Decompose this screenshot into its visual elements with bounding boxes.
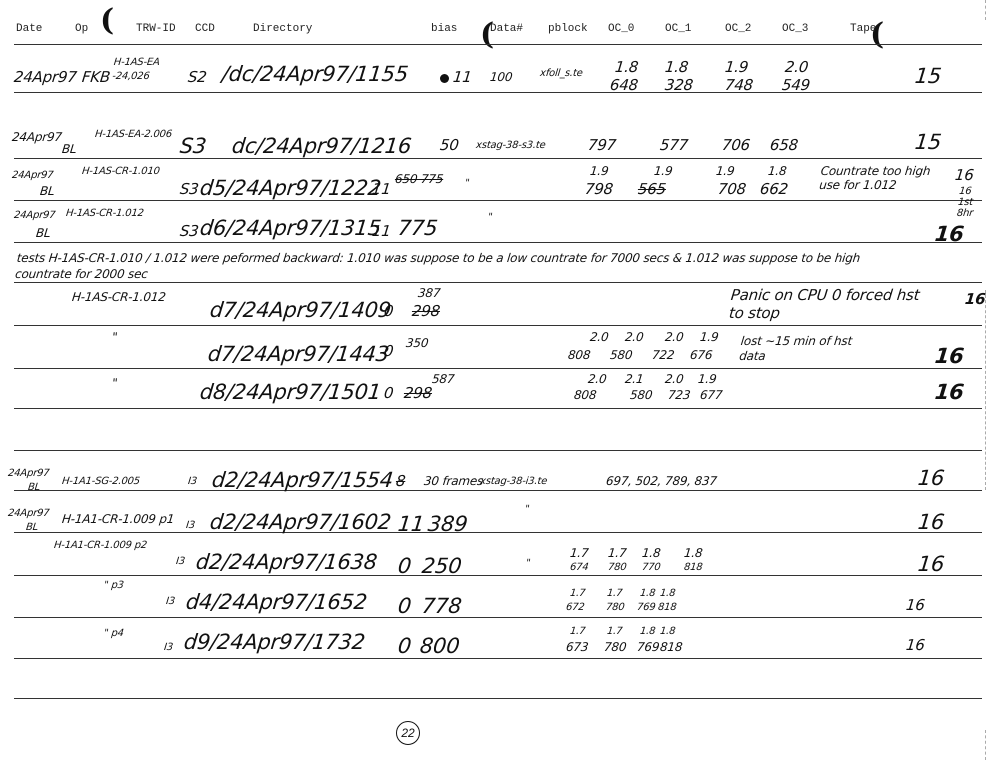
- row-note: Panic on CPU 0 forced hst to stop: [728, 286, 932, 322]
- tape-number: 16: [905, 636, 926, 654]
- column-header-date: Date: [16, 23, 42, 35]
- data-number: 30 frames: [423, 474, 484, 488]
- data-number-struck: 650 775: [394, 172, 444, 186]
- data-number: 800: [419, 634, 461, 658]
- row-rule: [14, 450, 982, 451]
- column-header-oc0: OC_0: [608, 23, 634, 35]
- oc0-count: 808: [573, 388, 597, 402]
- tape-number: 16: [934, 380, 965, 404]
- ccd: I3: [187, 476, 197, 487]
- oc1-count: 780: [605, 602, 625, 613]
- oc2-value: 2.0: [664, 330, 684, 344]
- operator: BL: [39, 184, 55, 198]
- oc0-count: 672: [565, 602, 585, 613]
- oc3-count: 818: [683, 562, 703, 573]
- row-rule: [14, 325, 982, 326]
- oc3-count: 818: [659, 640, 683, 654]
- data-number: 775: [397, 216, 439, 240]
- row-rule: [14, 490, 982, 491]
- oc3-value: 1.9: [699, 330, 719, 344]
- data-number-struck: 298: [403, 384, 433, 402]
- row-rule: [14, 408, 982, 409]
- oc0-count: 648: [609, 76, 639, 94]
- operator: BL: [61, 142, 77, 156]
- date: 24Apr97: [11, 170, 54, 181]
- header-rule: [14, 44, 982, 45]
- bias: 0: [383, 384, 394, 402]
- column-header-data-num: Data#: [490, 23, 523, 35]
- data-number: 778: [421, 594, 463, 618]
- data-number: 587: [431, 372, 455, 386]
- data-number: 100: [489, 70, 513, 84]
- pblock: ": [524, 504, 530, 515]
- ccd: S3: [179, 180, 200, 198]
- ccd: I3: [165, 596, 175, 607]
- oc2-value: 1.9: [715, 164, 735, 178]
- oc0-value: 2.0: [589, 330, 609, 344]
- page-number: 22: [396, 721, 420, 745]
- trw-id: H-1AS-EA -24,026: [112, 56, 185, 84]
- oc1-value: 1.7: [606, 626, 622, 637]
- oc1-value: 2.0: [624, 330, 644, 344]
- ccd: S3: [179, 134, 208, 158]
- oc3-count: 677: [699, 388, 723, 402]
- trw-id: H-1AS-CR-1.012: [71, 290, 166, 304]
- trw-id: " p3: [103, 580, 124, 591]
- oc3-count: 676: [689, 348, 713, 362]
- date: 24Apr97: [11, 130, 62, 144]
- trw-id: H-1AS-EA-2.006: [94, 128, 175, 141]
- tape-number: 16: [964, 290, 986, 308]
- oc1-count: 780: [603, 640, 627, 654]
- oc2-count: 708: [717, 180, 747, 198]
- trw-id: ": [111, 330, 118, 344]
- pblock: ": [464, 178, 470, 189]
- oc2-count: 706: [721, 136, 751, 154]
- column-header-tape: Tape: [850, 23, 876, 35]
- column-header-directory: Directory: [253, 23, 312, 35]
- oc3-count: 818: [657, 602, 677, 613]
- oc1-count: 580: [629, 388, 653, 402]
- directory: d2/24Apr97/1602: [209, 510, 393, 534]
- row-rule: [14, 575, 982, 576]
- bias: 50: [439, 136, 460, 154]
- ccd: S3: [179, 222, 200, 240]
- row-rule: [14, 368, 982, 369]
- oc0-count: 673: [565, 640, 589, 654]
- column-header-pblock: pblock: [548, 23, 588, 35]
- oc3-count: 549: [781, 76, 811, 94]
- bullet-dot: [440, 74, 449, 83]
- oc2-value: 1.9: [724, 58, 749, 76]
- tape-number: 16: [917, 552, 946, 576]
- oc2-count: 722: [651, 348, 675, 362]
- trw-id: ": [111, 376, 118, 390]
- oc0-value: 1.7: [569, 626, 585, 637]
- bias: 0: [397, 554, 413, 578]
- row-note: lost ~15 min of hst data: [738, 334, 871, 364]
- oc1-value: 1.7: [607, 546, 627, 560]
- row-rule: [14, 92, 982, 93]
- oc1-count: 328: [664, 76, 694, 94]
- oc3-value: 1.8: [683, 546, 703, 560]
- pblock: xfoll_s.te: [539, 68, 583, 79]
- row-rule: [14, 617, 982, 618]
- oc0-value: 1.7: [569, 546, 589, 560]
- directory: d7/24Apr97/1409: [209, 298, 393, 322]
- oc1-count: 565: [637, 180, 667, 198]
- tape-number: 16: [905, 596, 926, 614]
- operator: BL: [25, 522, 38, 533]
- scan-edge: [985, 290, 987, 490]
- oc3-count: 658: [769, 136, 799, 154]
- directory: d9/24Apr97/1732: [183, 630, 367, 654]
- data-number: 250: [421, 554, 463, 578]
- column-header-op: Op: [75, 23, 88, 35]
- oc1-value: 1.8: [664, 58, 689, 76]
- column-header-bias: bias: [431, 23, 457, 35]
- row-rule: [14, 200, 982, 201]
- data-number: 387: [417, 286, 441, 300]
- row-rule: [14, 242, 982, 243]
- data-number: 389: [427, 512, 469, 536]
- directory: d2/24Apr97/1554: [211, 468, 395, 492]
- trw-id: H-1A1-CR-1.009 p1: [61, 512, 175, 526]
- oc0-count: 797: [587, 136, 617, 154]
- date: 24Apr97: [13, 210, 56, 221]
- operator: BL: [27, 482, 40, 493]
- tape-number: 16: [917, 510, 946, 534]
- oc1-count: 780: [607, 562, 627, 573]
- trw-id: H-1A1-CR-1.009 p2: [53, 540, 147, 551]
- tape-number: 16: [954, 166, 975, 184]
- log-sheet: ( ( ( Date Op TRW-ID CCD Directory bias …: [0, 0, 990, 764]
- directory: d7/24Apr97/1443: [207, 342, 391, 366]
- oc2-count: 723: [667, 388, 691, 402]
- oc1-value: 2.1: [624, 372, 644, 386]
- ccd: S2: [187, 68, 208, 86]
- ccd: I3: [163, 642, 173, 653]
- date: 24Apr97: [7, 468, 50, 479]
- oc2-count: 770: [641, 562, 661, 573]
- bias: 0: [383, 342, 394, 360]
- tape-number: 16: [934, 344, 965, 368]
- directory: dc/24Apr97/1216: [231, 134, 413, 158]
- row-rule: [14, 532, 982, 533]
- bias: 0: [397, 634, 413, 658]
- pblock: ": [525, 558, 531, 569]
- binder-hole-mark: (: [100, 6, 114, 36]
- oc2-value: 1.8: [639, 588, 655, 599]
- oc2-value: 1.8: [639, 626, 655, 637]
- row-rule: [14, 282, 982, 283]
- oc0-value: 1.9: [589, 164, 609, 178]
- oc0-count: 808: [567, 348, 591, 362]
- oc3-value: 1.9: [697, 372, 717, 386]
- oc2-count: 769: [636, 640, 660, 654]
- pblock: xstag-38-s3.te: [475, 140, 546, 151]
- scan-edge: [985, 730, 987, 760]
- oc3-count: 662: [759, 180, 789, 198]
- date: 24Apr97: [7, 508, 50, 519]
- oc1-value: 1.7: [606, 588, 622, 599]
- tape-number: 16: [934, 222, 965, 246]
- tape-number: 16: [917, 466, 946, 490]
- data-number: 350: [405, 336, 429, 350]
- column-header-oc3: OC_3: [782, 23, 808, 35]
- ccd: I3: [175, 556, 185, 567]
- directory: /dc/24Apr97/1155: [221, 62, 410, 86]
- bias: 8: [395, 472, 406, 490]
- directory: d6/24Apr97/1315: [199, 216, 383, 240]
- directory: d2/24Apr97/1638: [195, 550, 379, 574]
- oc3-value: 1.8: [659, 588, 675, 599]
- trw-id: H-1AS-CR-1.010: [81, 166, 160, 177]
- oc2-value: 1.8: [641, 546, 661, 560]
- directory: d5/24Apr97/1222: [199, 176, 383, 200]
- column-header-ccd: CCD: [195, 23, 215, 35]
- oc0-value: 2.0: [587, 372, 607, 386]
- trw-id: " p4: [103, 628, 124, 639]
- trw-id: H-1AS-CR-1.012: [65, 208, 144, 219]
- oc3-value: 1.8: [659, 626, 675, 637]
- data-number-struck: 298: [411, 302, 441, 320]
- column-header-oc1: OC_1: [665, 23, 691, 35]
- bias: 11: [397, 512, 426, 536]
- oc3-value: 2.0: [784, 58, 809, 76]
- directory: d4/24Apr97/1652: [185, 590, 369, 614]
- oc1-count: 577: [659, 136, 689, 154]
- oc0-value: 1.7: [569, 588, 585, 599]
- oc1-count: 580: [609, 348, 633, 362]
- operator: BL: [35, 226, 51, 240]
- ccd: I3: [185, 520, 195, 531]
- tape-number: 15: [914, 64, 943, 88]
- procedure-note: tests H-1AS-CR-1.010 / 1.012 were peform…: [14, 250, 887, 282]
- pblock: ": [487, 212, 493, 223]
- oc2-count: 769: [636, 602, 656, 613]
- row-rule: [14, 158, 982, 159]
- operator: FKB: [81, 68, 111, 86]
- trw-id: H-1A1-SG-2.005: [61, 476, 140, 487]
- oc1-value: 1.9: [653, 164, 673, 178]
- column-header-oc2: OC_2: [725, 23, 751, 35]
- row-note: Countrate too high use for 1.012: [819, 164, 932, 192]
- oc-inline-values: 697, 502, 789, 837: [605, 474, 717, 488]
- bias: 11: [371, 222, 392, 240]
- row-rule: [14, 658, 982, 659]
- column-header-trw-id: TRW-ID: [136, 23, 176, 35]
- oc2-count: 748: [724, 76, 754, 94]
- bias: 0: [383, 302, 394, 320]
- oc0-count: 798: [584, 180, 614, 198]
- bias: 11: [371, 180, 392, 198]
- oc2-value: 2.0: [664, 372, 684, 386]
- bias: 11: [452, 68, 473, 86]
- directory: d8/24Apr97/1501: [199, 380, 383, 404]
- tape-number: 15: [914, 130, 943, 154]
- scan-edge: [985, 0, 987, 20]
- oc0-value: 1.8: [614, 58, 639, 76]
- date: 24Apr97: [13, 68, 78, 86]
- bias: 0: [397, 594, 413, 618]
- pblock: xstag-38-i3.te: [479, 476, 547, 487]
- oc0-count: 674: [569, 562, 589, 573]
- row-rule: [14, 698, 982, 699]
- oc3-value: 1.8: [767, 164, 787, 178]
- margin-note: 16 1st 8hr: [956, 186, 989, 219]
